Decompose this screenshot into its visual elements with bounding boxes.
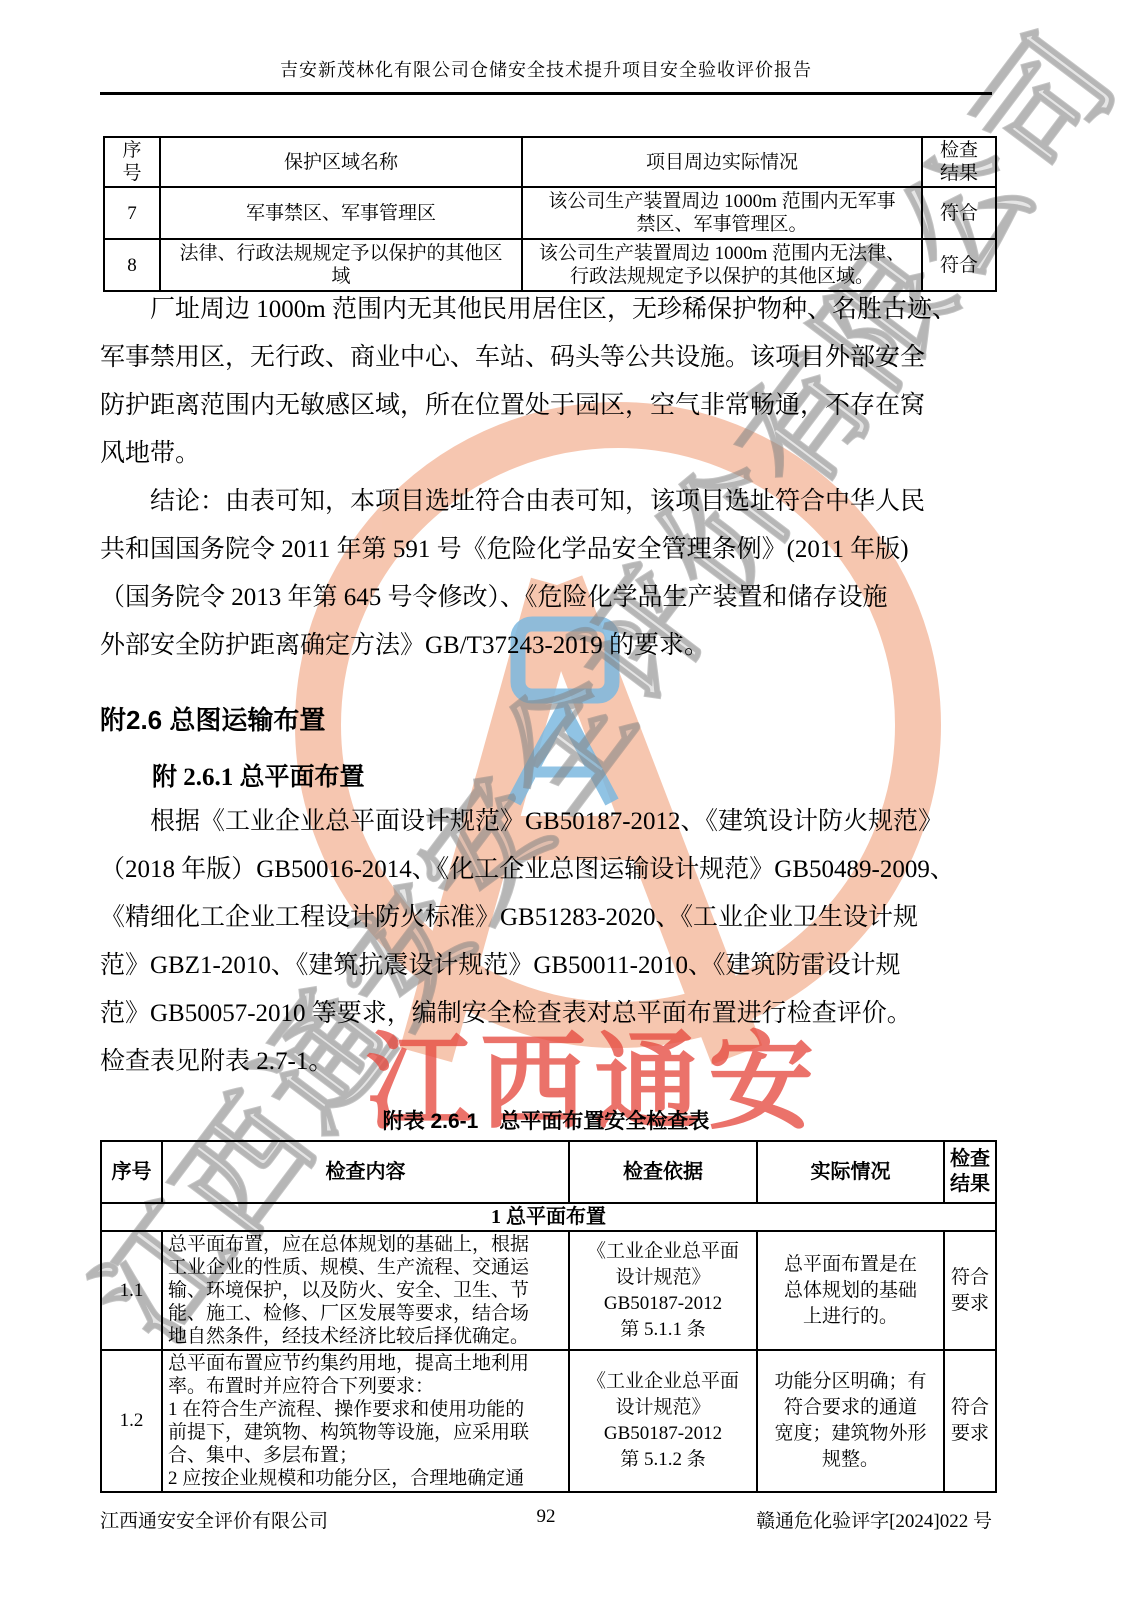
cell-check-basis: 《工业企业总平面 设计规范》 GB50187-2012 第 5.1.1 条 [569,1231,757,1350]
footer-page-number: 92 [537,1506,556,1528]
section-heading-2-6: 附2.6 总图运输布置 [100,700,325,737]
page-header-title: 吉安新茂林化有限公司仓储安全技术提升项目安全验收评价报告 [100,56,992,82]
cell-result: 符合 [922,187,996,239]
cell-seq: 7 [104,187,160,239]
col-header-result: 检查 结果 [922,137,996,187]
cell-seq: 1.2 [101,1350,162,1492]
table-row: 7 军事禁区、军事管理区 该公司生产装置周边 1000m 范围内无军事 禁区、军… [104,187,996,239]
table-row: 1.1 总平面布置，应在总体规划的基础上，根据 工业企业的性质、规模、生产流程、… [101,1231,996,1350]
col-header-check-content: 检查内容 [162,1141,569,1203]
cell-seq: 8 [104,239,160,291]
cell-check-basis: 《工业企业总平面 设计规范》 GB50187-2012 第 5.1.2 条 [569,1350,757,1492]
table-row: 1.2 总平面布置应节约集约用地，提高土地利用 率。布置时并应符合下列要求： 1… [101,1350,996,1492]
col-header-seq: 序号 [101,1141,162,1203]
cell-actual: 总平面布置是在 总体规划的基础 上进行的。 [757,1231,944,1350]
protection-zone-table: 序 号 保护区域名称 项目周边实际情况 检查 结果 7 军事禁区、军事管理区 该… [103,136,997,292]
paragraph-basis-standards: 根据《工业企业总平面设计规范》GB50187-2012、《建筑设计防火规范》 （… [100,798,1000,1086]
header-rule [100,92,992,95]
cell-result: 符合 [922,239,996,291]
col-header-result: 检查 结果 [944,1141,996,1203]
cell-check-content: 总平面布置应节约集约用地，提高土地利用 率。布置时并应符合下列要求： 1 在符合… [162,1350,569,1492]
table-header-row: 序 号 保护区域名称 项目周边实际情况 检查 结果 [104,137,996,187]
page-content: 吉安新茂林化有限公司仓储安全技术提升项目安全验收评价报告 序 号 保护区域名称 … [0,0,1129,1600]
section-heading-2-6-1: 附 2.6.1 总平面布置 [152,757,365,793]
cell-result: 符合 要求 [944,1231,996,1350]
cell-actual: 功能分区明确；有 符合要求的通道 宽度；建筑物外形 规整。 [757,1350,944,1492]
section-title-cell: 1 总平面布置 [101,1203,996,1231]
cell-zone-name: 法律、行政法规规定予以保护的其他区 域 [160,239,522,291]
document-page: 江西通安安全评价有限公司 江西通安 吉安新茂林化有限公司仓储安全技术提升项目安全… [0,0,1129,1600]
cell-zone-name: 军事禁区、军事管理区 [160,187,522,239]
cell-situation: 该公司生产装置周边 1000m 范围内无军事 禁区、军事管理区。 [522,187,922,239]
layout-check-table: 序号 检查内容 检查依据 实际情况 检查 结果 1 总平面布置 1.1 总平面布… [100,1140,997,1493]
footer-doc-number: 赣通危化验评字[2024]022 号 [756,1506,992,1533]
table-section-row: 1 总平面布置 [101,1203,996,1231]
cell-result: 符合 要求 [944,1350,996,1492]
table-row: 8 法律、行政法规规定予以保护的其他区 域 该公司生产装置周边 1000m 范围… [104,239,996,291]
col-header-zone-name: 保护区域名称 [160,137,522,187]
page-footer: 江西通安安全评价有限公司 92 赣通危化验评字[2024]022 号 [100,1506,992,1536]
cell-check-content: 总平面布置，应在总体规划的基础上，根据 工业企业的性质、规模、生产流程、交通运 … [162,1231,569,1350]
cell-seq: 1.1 [101,1231,162,1350]
col-header-seq: 序 号 [104,137,160,187]
table-header-row: 序号 检查内容 检查依据 实际情况 检查 结果 [101,1141,996,1203]
col-header-situation: 项目周边实际情况 [522,137,922,187]
col-header-actual: 实际情况 [757,1141,944,1203]
paragraph-site-surroundings: 厂址周边 1000m 范围内无其他民用居住区，无珍稀保护物种、名胜古迹、 军事禁… [100,286,1000,478]
table-caption: 附表 2.6-1 总平面布置安全检查表 [100,1105,992,1135]
paragraph-conclusion: 结论：由表可知，本项目选址符合由表可知，该项目选址符合中华人民 共和国国务院令 … [100,478,1000,670]
cell-situation: 该公司生产装置周边 1000m 范围内无法律、 行政法规规定予以保护的其他区域。 [522,239,922,291]
footer-company: 江西通安安全评价有限公司 [100,1506,328,1533]
col-header-check-basis: 检查依据 [569,1141,757,1203]
